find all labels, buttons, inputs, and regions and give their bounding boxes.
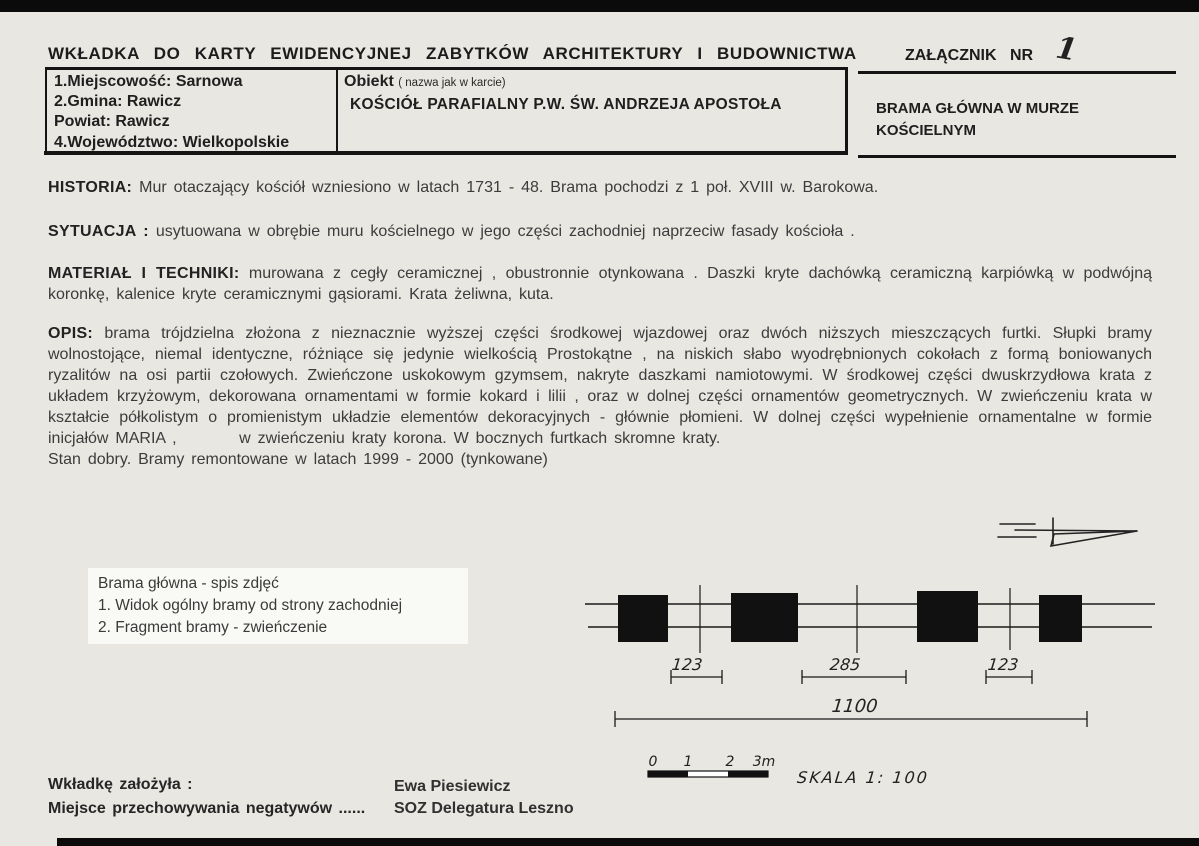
annex-number-handwritten: 1 bbox=[1056, 32, 1077, 67]
opis-text: brama trójdzielna złożona z nieznacznie … bbox=[48, 325, 1152, 447]
section-material: MATERIAŁ I TECHNIKI: murowana z cegły ce… bbox=[48, 263, 1152, 305]
field-gmina: 2.Gmina: Rawicz bbox=[54, 92, 181, 112]
title-underline bbox=[45, 67, 845, 70]
annex-box-bottom-border bbox=[858, 155, 1176, 158]
table-border-mid bbox=[336, 67, 338, 154]
photo-list: Brama główna - spis zdjęć 1. Widok ogóln… bbox=[88, 568, 468, 644]
field-miejscowosc: 1.Miejscowość: Sarnowa bbox=[54, 72, 243, 92]
dim-total-label: 1100 bbox=[831, 696, 879, 717]
sytuacja-text: usytuowana w obrębie muru kościelnego w … bbox=[156, 223, 855, 240]
negatives-value: SOZ Delegatura Leszno bbox=[394, 800, 574, 818]
annex-box-top-border bbox=[858, 71, 1176, 74]
photo-list-item-2: 2. Fragment bramy - zwieńczenie bbox=[98, 617, 458, 639]
scale-tick-1: 1 bbox=[684, 754, 693, 770]
north-arrow-icon bbox=[985, 505, 1150, 560]
photo-list-title: Brama główna - spis zdjęć bbox=[98, 573, 458, 595]
founder-label: Wkładkę założyła : bbox=[48, 776, 193, 794]
section-historia: HISTORIA: Mur otaczający kościół wzniesi… bbox=[48, 177, 1152, 198]
annex-number-label: ZAŁĄCZNIK NR bbox=[905, 47, 1033, 65]
object-label-row: Obiekt ( nazwa jak w karcie) bbox=[344, 72, 506, 92]
field-powiat: Powiat: Rawicz bbox=[54, 112, 170, 132]
photo-list-item-1: 1. Widok ogólny bramy od strony zachodni… bbox=[98, 595, 458, 617]
object-label: Obiekt bbox=[344, 73, 394, 90]
scan-edge-top bbox=[0, 0, 1199, 12]
founder-value: Ewa Piesiewicz bbox=[394, 778, 511, 796]
field-wojewodztwo: 4.Województwo: Wielkopolskie bbox=[54, 133, 289, 153]
scale-label: SKALA 1: 100 bbox=[796, 768, 930, 787]
section-sytuacja: SYTUACJA : usytuowana w obrębie muru koś… bbox=[48, 221, 1152, 242]
annex-object-line2: KOŚCIELNYM bbox=[876, 120, 1079, 142]
opis-label: OPIS: bbox=[48, 325, 93, 342]
historia-label: HISTORIA: bbox=[48, 179, 132, 196]
material-label: MATERIAŁ I TECHNIKI: bbox=[48, 265, 240, 282]
annex-object-line1: BRAMA GŁÓWNA W MURZE bbox=[876, 98, 1079, 120]
negatives-label: Miejsce przechowywania negatywów ...... bbox=[48, 800, 365, 818]
scale-bar: 0 1 2 3m bbox=[648, 754, 775, 777]
gate-piers bbox=[618, 591, 1082, 642]
object-label-note: ( nazwa jak w karcie) bbox=[398, 77, 505, 89]
scale-tick-3: 3m bbox=[753, 754, 776, 770]
section-opis: OPIS: brama trójdzielna złożona z niezna… bbox=[48, 323, 1152, 449]
historia-text: Mur otaczający kościół wzniesiono w lata… bbox=[139, 179, 878, 196]
scale-tick-0: 0 bbox=[649, 754, 658, 770]
sytuacja-label: SYTUACJA : bbox=[48, 223, 149, 240]
scale-tick-2: 2 bbox=[726, 754, 735, 770]
object-name: KOŚCIÓŁ PARAFIALNY P.W. ŚW. ANDRZEJA APO… bbox=[350, 96, 782, 114]
table-border-left bbox=[45, 67, 47, 154]
opis-status-line: Stan dobry. Bramy remontowane w latach 1… bbox=[48, 449, 1152, 470]
dim-center-label: 285 bbox=[829, 655, 862, 674]
scanned-heritage-card: WKŁADKA DO KARTY EWIDENCYJNEJ ZABYTKÓW A… bbox=[0, 0, 1199, 846]
gate-plan-drawing: 123 285 123 1100 0 1 2 3m SKALA 1: 100 bbox=[580, 580, 1170, 795]
table-border-right bbox=[845, 67, 848, 154]
dim-right-label: 123 bbox=[987, 655, 1020, 674]
scan-edge-bottom bbox=[57, 838, 1199, 846]
page-title: WKŁADKA DO KARTY EWIDENCYJNEJ ZABYTKÓW A… bbox=[48, 44, 857, 64]
dim-left-label: 123 bbox=[671, 655, 704, 674]
annex-object-name: BRAMA GŁÓWNA W MURZE KOŚCIELNYM bbox=[876, 98, 1079, 142]
